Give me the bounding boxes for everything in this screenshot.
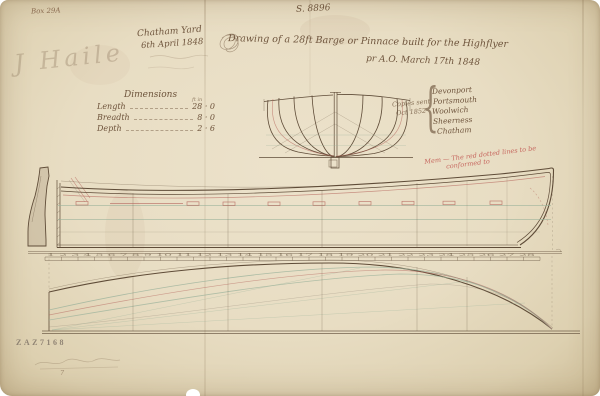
keel-foot	[331, 157, 339, 168]
thwart-marks-red	[76, 201, 502, 206]
pen-flourishes	[35, 34, 238, 369]
stem	[520, 168, 554, 245]
yard-list-item: Woolwich	[432, 105, 469, 116]
dimension-value: 2 · 6	[197, 124, 215, 133]
plan-station-lines	[133, 263, 467, 331]
dimension-label: Depth	[97, 124, 122, 133]
dimension-value: 28 · 0	[192, 102, 215, 111]
yard-list-item: Chatham	[437, 125, 472, 136]
body-diagonals	[272, 112, 398, 153]
aft-section-red	[272, 99, 334, 156]
paper-notch	[186, 389, 200, 396]
gunwale-fitting	[329, 160, 337, 167]
dimension-label: Length	[97, 102, 126, 111]
sternpost	[57, 180, 60, 248]
dimension-row: Depth 2 · 6	[97, 124, 215, 133]
surveyor-signature-mark	[35, 359, 120, 365]
sheer-line	[61, 169, 549, 191]
dimension-row: Length 28 · 0	[97, 102, 215, 111]
body-plan	[259, 92, 413, 168]
dimension-value: 8 · 0	[197, 113, 215, 122]
ship-plan-sheet: 1 2 3 4 5 6 7 8 9 10 11 12 13 14 15 16 1…	[0, 0, 600, 396]
signature-bottom-mark: 7	[60, 369, 64, 377]
construction-dotted-lines	[49, 176, 553, 326]
dimension-row: Breadth 8 · 0	[97, 113, 215, 122]
rudder	[28, 167, 49, 246]
dotted-leader	[126, 130, 194, 131]
archive-box-label: Box 29A	[31, 6, 61, 15]
plan-waterline-red	[49, 270, 552, 329]
museum-stamp: ZAZ7168	[16, 338, 66, 347]
centre-line	[42, 331, 580, 334]
dimension-label: Breadth	[97, 113, 130, 122]
dotted-leader	[130, 108, 188, 109]
plan-waterline-pencil	[49, 284, 552, 330]
dotted-leader	[134, 119, 193, 120]
sheer-plan	[28, 160, 562, 254]
scale-bar: 1 2 3 4 5 6 7 8 9 10 11 12 13 14 15 16 1…	[45, 252, 540, 261]
dimensions-heading: Dimensions	[124, 90, 177, 100]
scale-numbers: 1 2 3 4 5 6 7 8 9 10 11 12 13 14 15 16 1…	[47, 252, 537, 257]
catalogue-number: S. 8896	[296, 3, 331, 15]
plan-waterline-green	[49, 267, 552, 329]
plan-waterline-green	[49, 274, 552, 329]
